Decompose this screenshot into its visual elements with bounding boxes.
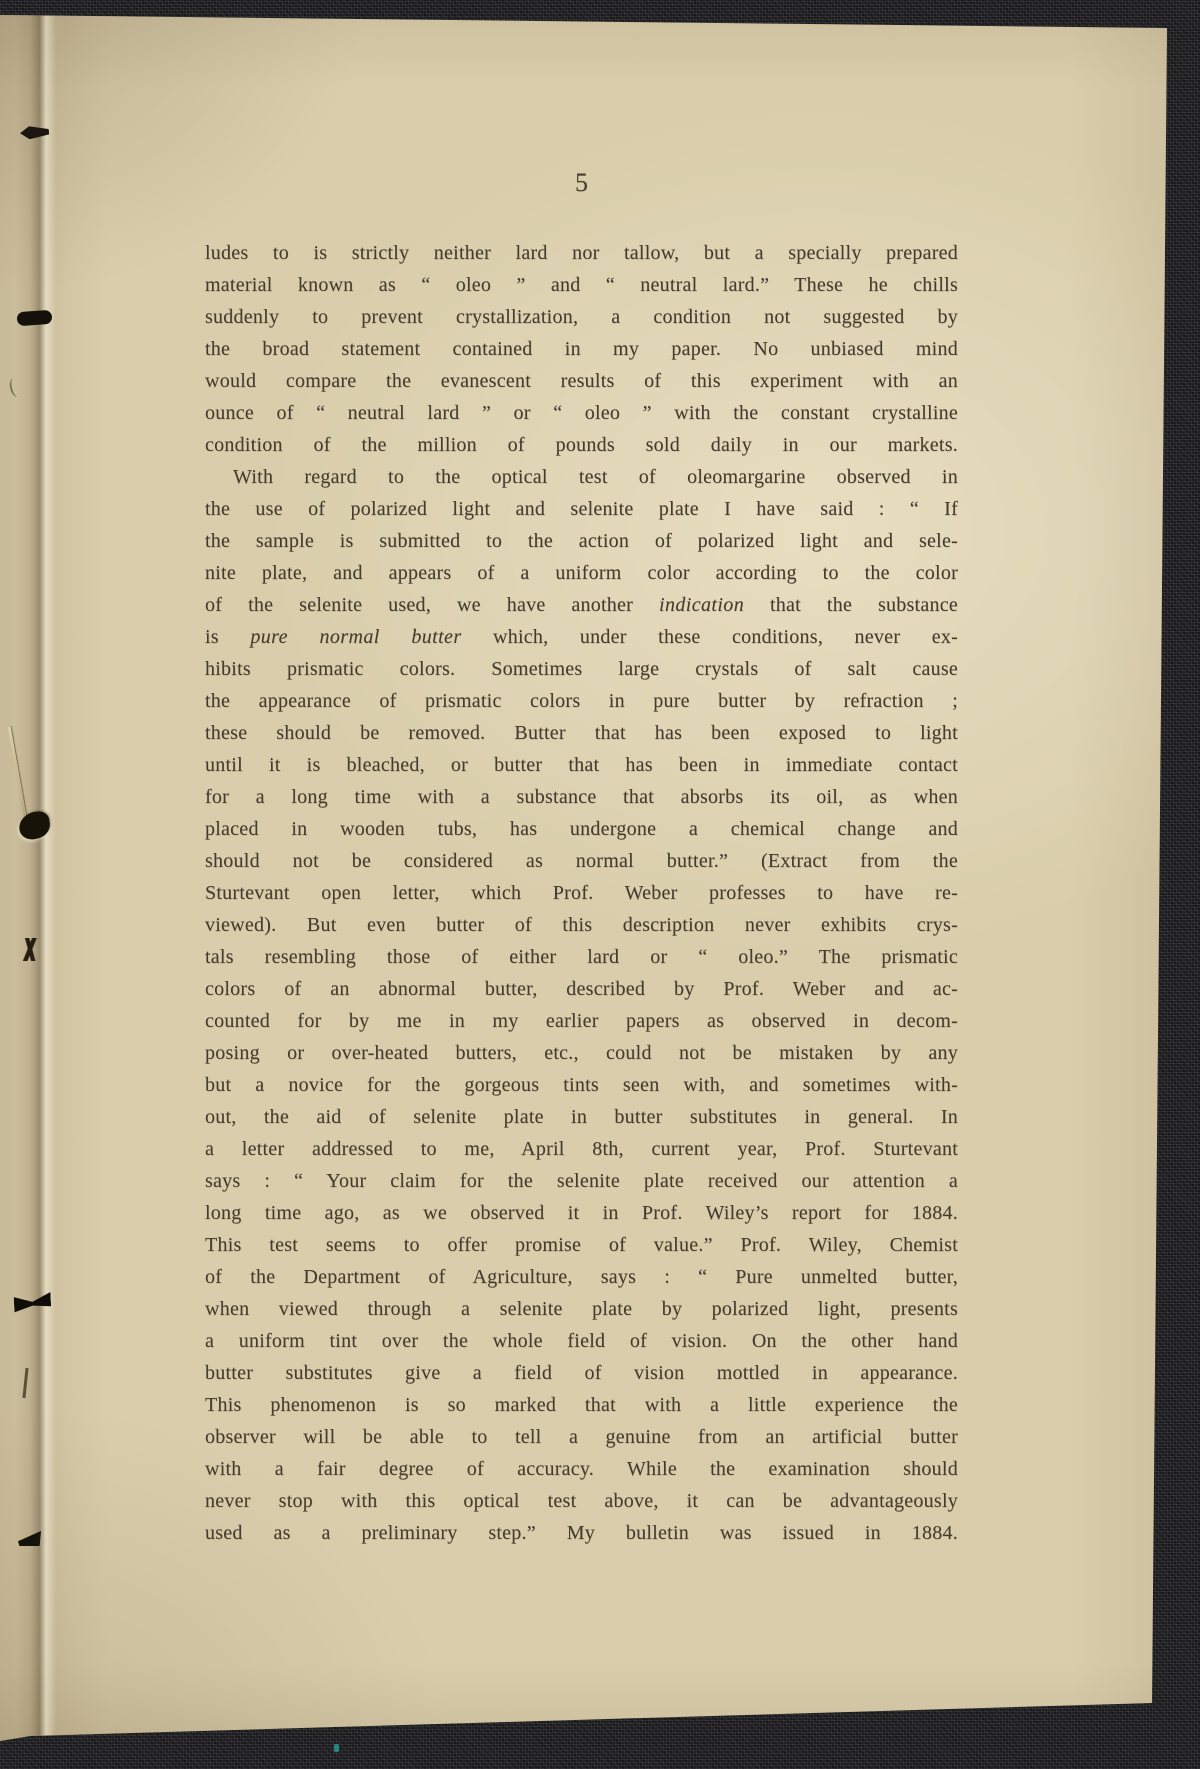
text-line: when viewed through a selenite plate by … (205, 1293, 958, 1325)
text-line: would compare the evanescent results of … (205, 365, 958, 397)
binding-thread (8, 726, 28, 821)
binding-stitch-mark (17, 310, 53, 326)
text-line: colors of an abnormal butter, described … (205, 973, 958, 1005)
page-number: 5 (205, 168, 958, 198)
text-line: counted for by me in my earlier papers a… (205, 1005, 958, 1037)
binding-crease (16, 14, 66, 1736)
text-line: these should be removed. Butter that has… (205, 717, 958, 749)
text-line: material known as “ oleo ” and “ neutral… (205, 269, 958, 301)
text-line: says : “ Your claim for the selenite pla… (205, 1165, 958, 1197)
scanned-page: 5 ludes to is strictly neither lard nor … (0, 0, 1200, 1769)
text-line: the appearance of prismatic colors in pu… (205, 685, 958, 717)
binding-stitch-mark (13, 1292, 51, 1315)
text-line: but a novice for the gorgeous tints seen… (205, 1069, 958, 1101)
text-line: the use of polarized light and selenite … (205, 493, 958, 525)
text-line: a uniform tint over the whole field of v… (205, 1325, 958, 1357)
text-line: suddenly to prevent crystallization, a c… (205, 301, 958, 333)
scan-speck (334, 1744, 339, 1752)
text-line: placed in wooden tubs, has undergone a c… (205, 813, 958, 845)
text-line: ludes to is strictly neither lard nor ta… (205, 237, 958, 269)
text-line: the sample is submitted to the action of… (205, 525, 958, 557)
text-line: This test seems to offer promise of valu… (205, 1229, 958, 1261)
text-line: for a long time with a substance that ab… (205, 781, 958, 813)
text-line: observer will be able to tell a genuine … (205, 1421, 958, 1453)
text-line: This phenomenon is so marked that with a… (205, 1389, 958, 1421)
binding-stitch-mark (15, 938, 45, 961)
text-line: is pure normal butter which, under these… (205, 621, 958, 653)
text-line: tals resembling those of either lard or … (205, 941, 958, 973)
text-line: viewed). But even butter of this descrip… (205, 909, 958, 941)
text-line: hibits prismatic colors. Sometimes large… (205, 653, 958, 685)
text-line: posing or over-heated butters, etc., cou… (205, 1037, 958, 1069)
text-line: until it is bleached, or butter that has… (205, 749, 958, 781)
binding-slit (22, 1368, 28, 1398)
text-line: of the Department of Agriculture, says :… (205, 1261, 958, 1293)
text-line: Sturtevant open letter, which Prof. Webe… (205, 877, 958, 909)
text-line: nite plate, and appears of a uniform col… (205, 557, 958, 589)
text-line: used as a preliminary step.” My bulletin… (205, 1517, 958, 1549)
binding-scratch-mark (8, 377, 23, 398)
text-line: the broad statement contained in my pape… (205, 333, 958, 365)
text-line: condition of the million of pounds sold … (205, 429, 958, 461)
binding-stitch-mark (20, 125, 50, 139)
text-line: should not be considered as normal butte… (205, 845, 958, 877)
binding-stitch-mark (18, 1531, 41, 1546)
text-line: with a fair degree of accuracy. While th… (205, 1453, 958, 1485)
text-block: ludes to is strictly neither lard nor ta… (205, 237, 958, 1549)
text-line: a letter addressed to me, April 8th, cur… (205, 1133, 958, 1165)
book-cover-background: 5 ludes to is strictly neither lard nor … (0, 0, 1200, 1769)
text-line: butter substitutes give a field of visio… (205, 1357, 958, 1389)
text-line: long time ago, as we observed it in Prof… (205, 1197, 958, 1229)
text-line: out, the aid of selenite plate in butter… (205, 1101, 958, 1133)
text-line: of the selenite used, we have another in… (205, 589, 958, 621)
text-line: never stop with this optical test above,… (205, 1485, 958, 1517)
text-line: With regard to the optical test of oleom… (205, 461, 958, 493)
text-line: ounce of “ neutral lard ” or “ oleo ” wi… (205, 397, 958, 429)
